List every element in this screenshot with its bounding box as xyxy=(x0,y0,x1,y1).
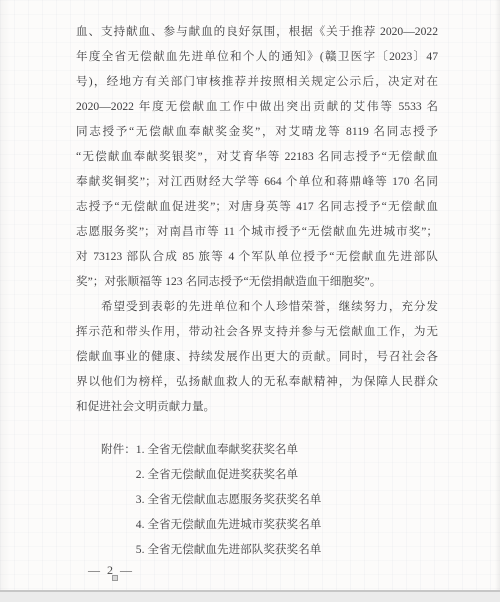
body-line: 对 73123 部队合成 85 旅等 4 个军队单位授予“无偿献血先进部队 xyxy=(76,244,438,269)
body-line: 挥示范和带头作用，带动社会各界支持并参与无偿献血工作，为无 xyxy=(76,319,438,344)
attachment-item: 2. 全省无偿献血促进奖获奖名单 xyxy=(136,462,322,487)
body-line: 年度全省无偿献血先进单位和个人的通知》(赣卫医字〔2023〕47 xyxy=(76,44,438,69)
body-text: 血、支持献血、参与献血的良好氛围，根据《关于推荐 2020—2022年度全省无偿… xyxy=(76,19,438,419)
body-line: 和促进社会文明贡献力量。 xyxy=(76,394,438,419)
attachment-label: 附件： xyxy=(101,437,136,462)
attachment-item: 3. 全省无偿献血志愿服务奖获奖名单 xyxy=(136,487,322,512)
attachment-list: 1. 全省无偿献血奉献奖获奖名单2. 全省无偿献血促进奖获奖名单3. 全省无偿献… xyxy=(136,437,322,562)
body-line: 希望受到表彰的先进单位和个人珍惜荣誉，继续努力，充分发 xyxy=(76,294,438,319)
body-line: 奖”；对张顺福等 123 名同志授予“无偿捐献造血干细胞奖”。 xyxy=(76,269,438,294)
body-line: 同志授予“无偿献血奉献奖金奖”，对艾晴龙等 8119 名同志授予 xyxy=(76,119,438,144)
body-line: 偿献血事业的健康、持续发展作出更大的贡献。同时，号召社会各 xyxy=(76,344,438,369)
body-line: 志授予“无偿献血促进奖”；对唐身英等 417 名同志授予“无偿献血 xyxy=(76,194,438,219)
page-number: — 2 — xyxy=(88,558,134,583)
attachment-item: 5. 全省无偿献血先进部队奖获奖名单 xyxy=(136,537,322,562)
body-line: 界以他们为榜样，弘扬献血救人的无私奉献精神，为保障人民群众 xyxy=(76,369,438,394)
attachment-block: 附件： 1. 全省无偿献血奉献奖获奖名单2. 全省无偿献血促进奖获奖名单3. 全… xyxy=(101,437,321,562)
document-page: 血、支持献血、参与献血的良好氛围，根据《关于推荐 2020—2022年度全省无偿… xyxy=(0,0,500,592)
body-line: 血、支持献血、参与献血的良好氛围，根据《关于推荐 2020—2022 xyxy=(76,19,438,44)
scan-artifact xyxy=(112,575,118,581)
attachment-item: 4. 全省无偿献血先进城市奖获奖名单 xyxy=(136,512,322,537)
body-line: 2020—2022 年度无偿献血工作中做出突出贡献的艾伟等 5533 名 xyxy=(76,94,438,119)
body-line: 号)，经地方有关部门审核推荐并按照相关规定公示后，决定对在 xyxy=(76,69,438,94)
body-line: 志愿服务奖”；对南昌市等 11 个城市授予“无偿献血先进城市奖”； xyxy=(76,219,438,244)
body-line: “无偿献血奉献奖银奖”，对艾育华等 22183 名同志授予“无偿献血 xyxy=(76,144,438,169)
attachment-item: 1. 全省无偿献血奉献奖获奖名单 xyxy=(136,437,322,462)
body-line: 奉献奖铜奖”；对江西财经大学等 664 个单位和蒋鼎峰等 170 名同 xyxy=(76,169,438,194)
